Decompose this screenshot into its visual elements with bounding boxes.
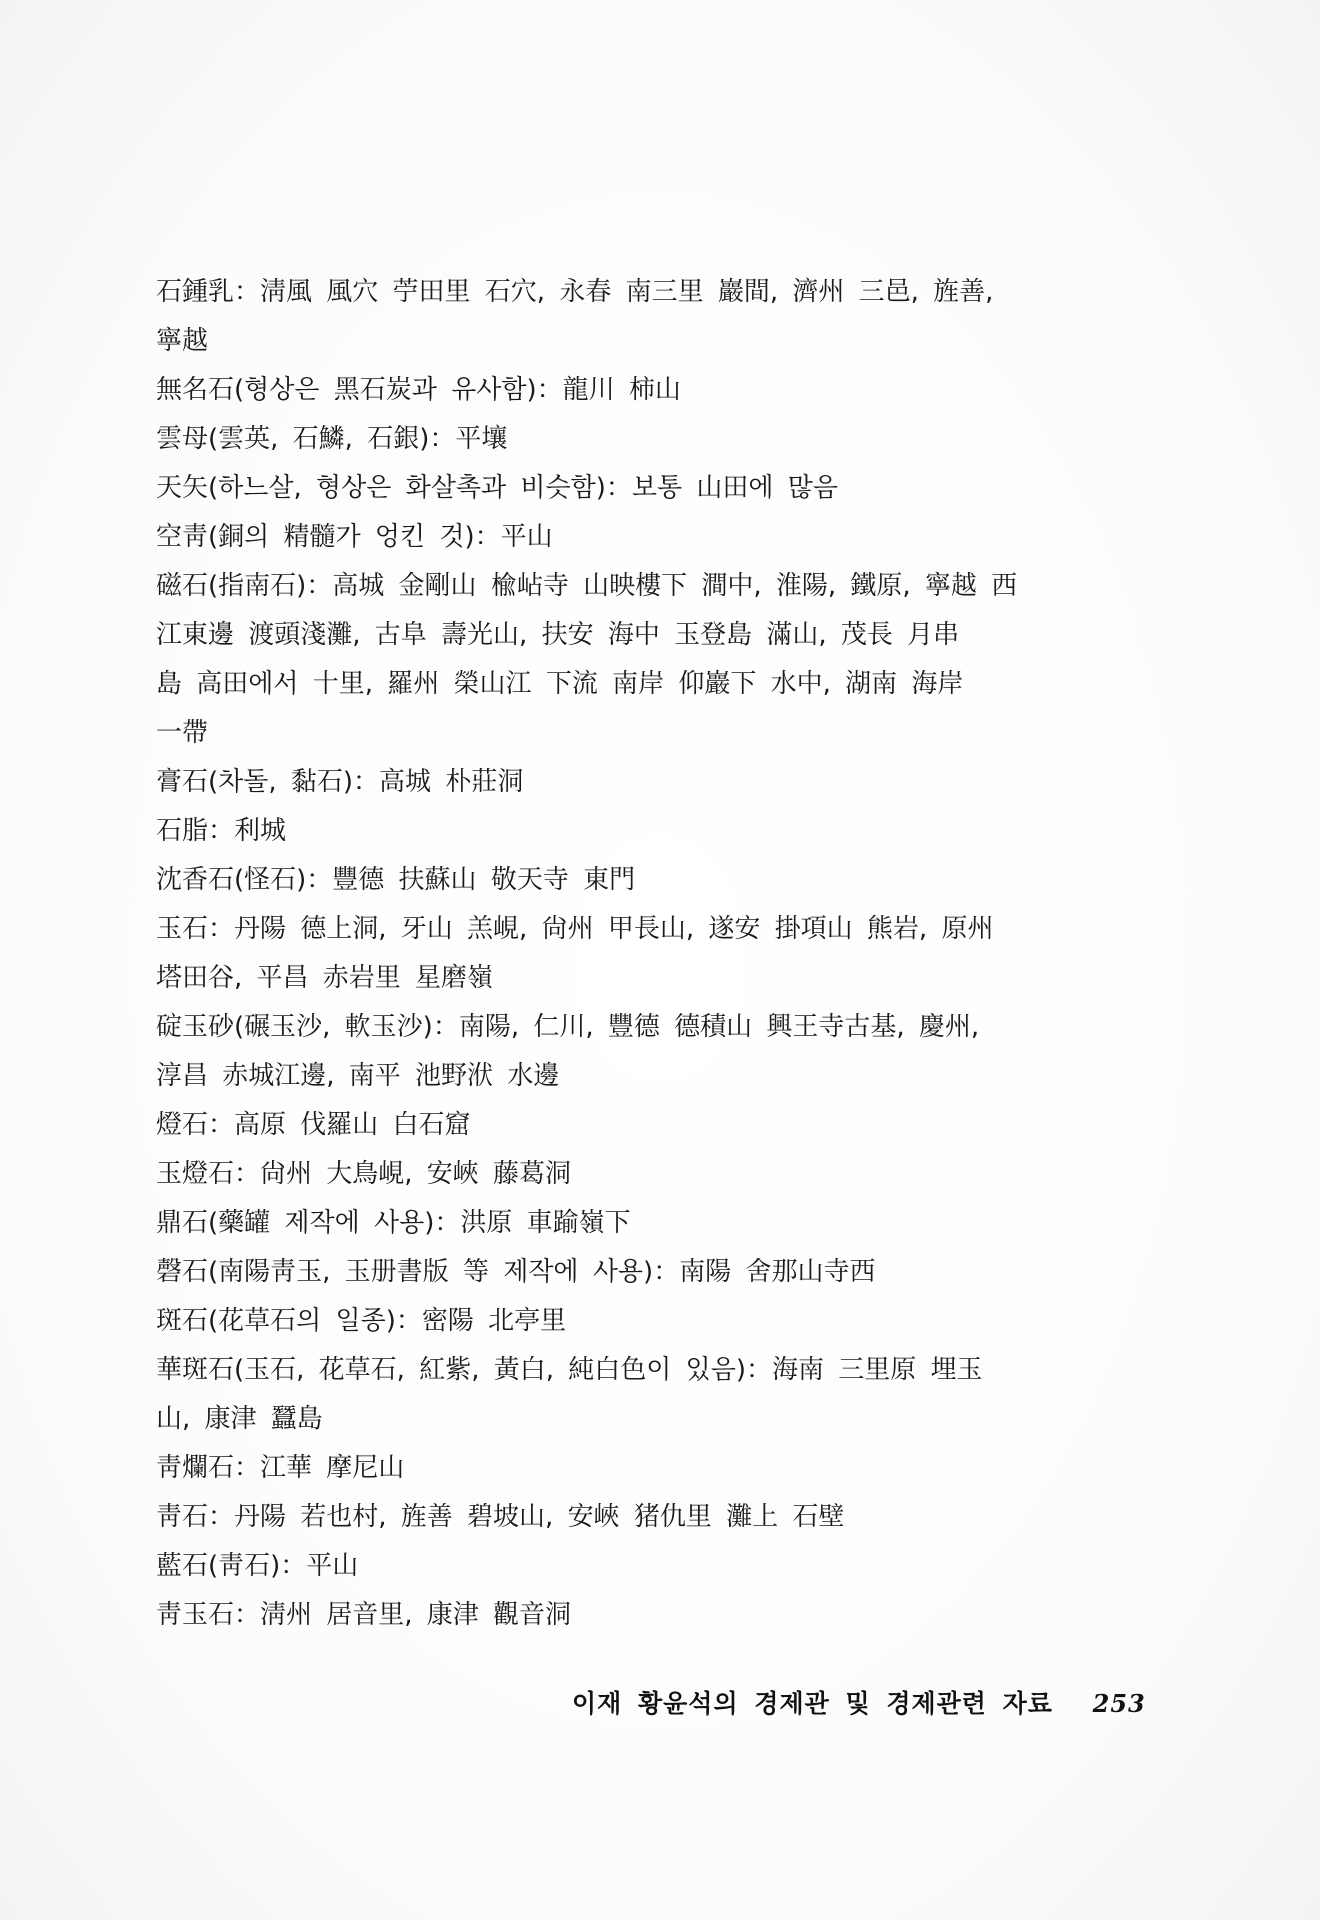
list-item-magnetite: 磁石(指南石)：高城 金剛山 楡岾寺 山映樓下 澗中, 淮陽, 鐵原, 寧越 西… [156, 562, 1121, 758]
list-item: 石脂：利城 [156, 807, 1121, 856]
entry-line: 石脂：利城 [216, 807, 1121, 856]
list-item: 靑玉石：淸州 居音里, 康津 觀音洞 [156, 1591, 1121, 1640]
list-item: 玉燈石：尙州 大鳥峴, 安峽 藤葛洞 [156, 1150, 1121, 1199]
entry-line: 碇玉砂(碾玉沙, 軟玉沙)：南陽, 仁川, 豐德 德積山 興王寺古基, 慶州, [216, 1003, 1121, 1052]
list-item: 斑石(花草石의 일종)：密陽 北亭里 [156, 1297, 1121, 1346]
mineral-list: 石鍾乳：淸風 風穴 苧田里 石穴, 永春 南三里 巖間, 濟州 三邑, 旌善, … [156, 268, 1121, 1640]
entry-line: 華斑石(玉石, 花草石, 紅紫, 黃白, 純白色이 있음)：海南 三里原 埋玉 [216, 1346, 1121, 1395]
entry-line: 島 高田에서 十里, 羅州 榮山江 下流 南岸 仰巖下 水中, 湖南 海岸 [216, 660, 1121, 709]
entry-line: 斑石(花草石의 일종)：密陽 北亭里 [216, 1297, 1121, 1346]
list-item: 磬石(南陽靑玉, 玉册書版 等 제작에 사용)：南陽 舍那山寺西 [156, 1248, 1121, 1297]
list-item: 膏石(차돌, 黏石)：高城 朴莊洞 [156, 758, 1121, 807]
entry-line: 一帶 [216, 709, 1121, 758]
entry-line: 靑玉石：淸州 居音里, 康津 觀音洞 [216, 1591, 1121, 1640]
entry-line: 石鍾乳：淸風 風穴 苧田里 石穴, 永春 南三里 巖間, 濟州 三邑, 旌善, [216, 268, 1121, 317]
entry-line: 藍石(靑石)：平山 [216, 1542, 1121, 1591]
entry-line: 塔田谷, 平昌 赤岩里 星磨嶺 [216, 954, 1121, 1003]
entry-line: 雲母(雲英, 石鱗, 石銀)：平壤 [216, 415, 1121, 464]
entry-line: 江東邊 渡頭淺灘, 古阜 壽光山, 扶安 海中 玉登島 滿山, 茂長 月串 [216, 611, 1121, 660]
entry-line: 磬石(南陽靑玉, 玉册書版 等 제작에 사용)：南陽 舍那山寺西 [216, 1248, 1121, 1297]
list-item: 空靑(銅의 精髓가 엉킨 것)：平山 [156, 513, 1121, 562]
entry-line: 膏石(차돌, 黏石)：高城 朴莊洞 [216, 758, 1121, 807]
entry-line: 天矢(하느살, 형상은 화살촉과 비슷함)：보통 山田에 많음 [216, 464, 1121, 513]
list-item: 碇玉砂(碾玉沙, 軟玉沙)：南陽, 仁川, 豐德 德積山 興王寺古基, 慶州, … [156, 1003, 1121, 1101]
entry-line: 鼎石(藥罐 제작에 사용)：洪原 車踰嶺下 [216, 1199, 1121, 1248]
list-item: 鼎石(藥罐 제작에 사용)：洪原 車踰嶺下 [156, 1199, 1121, 1248]
entry-line: 磁石(指南石)：高城 金剛山 楡岾寺 山映樓下 澗中, 淮陽, 鐵原, 寧越 西 [216, 562, 1121, 611]
running-title: 이재 황윤석의 경제관 및 경제관련 자료 [572, 1689, 1053, 1718]
list-item: 沈香石(怪石)：豐德 扶蘇山 敬天寺 東門 [156, 856, 1121, 905]
page-footer: 이재 황윤석의 경제관 및 경제관련 자료 253 [572, 1684, 1092, 1720]
list-item: 燈石：高原 伐羅山 白石窟 [156, 1101, 1121, 1150]
entry-line: 玉燈石：尙州 大鳥峴, 安峽 藤葛洞 [216, 1150, 1121, 1199]
entry-line: 靑爛石：江華 摩尼山 [216, 1444, 1121, 1493]
list-item-stalactite: 石鍾乳：淸風 風穴 苧田里 石穴, 永春 南三里 巖間, 濟州 三邑, 旌善, … [156, 268, 1121, 366]
list-item: 靑石：丹陽 若也村, 旌善 碧坡山, 安峽 猪仇里 灘上 石壁 [156, 1493, 1121, 1542]
list-item: 藍石(靑石)：平山 [156, 1542, 1121, 1591]
entry-line: 空靑(銅의 精髓가 엉킨 것)：平山 [216, 513, 1121, 562]
entry-line: 淳昌 赤城江邊, 南平 池野洑 水邊 [216, 1052, 1121, 1101]
entry-line: 寧越 [216, 317, 1121, 366]
list-item: 天矢(하느살, 형상은 화살촉과 비슷함)：보통 山田에 많음 [156, 464, 1121, 513]
list-item: 雲母(雲英, 石鱗, 石銀)：平壤 [156, 415, 1121, 464]
document-page: 石鍾乳：淸風 風穴 苧田里 石穴, 永春 南三里 巖間, 濟州 三邑, 旌善, … [0, 0, 1320, 1920]
list-item-jade: 玉石：丹陽 德上洞, 牙山 羔峴, 尙州 甲長山, 遂安 掛項山 熊岩, 原州 … [156, 905, 1121, 1003]
page-number: 253 [1093, 1689, 1146, 1718]
entry-line: 燈石：高原 伐羅山 白石窟 [216, 1101, 1121, 1150]
entry-line: 山, 康津 蠶島 [216, 1395, 1121, 1444]
list-item: 靑爛石：江華 摩尼山 [156, 1444, 1121, 1493]
list-item: 華斑石(玉石, 花草石, 紅紫, 黃白, 純白色이 있음)：海南 三里原 埋玉 … [156, 1346, 1121, 1444]
list-item: 無名石(형상은 黑石炭과 유사함)：龍川 柿山 [156, 366, 1121, 415]
entry-line: 玉石：丹陽 德上洞, 牙山 羔峴, 尙州 甲長山, 遂安 掛項山 熊岩, 原州 [216, 905, 1121, 954]
entry-line: 靑石：丹陽 若也村, 旌善 碧坡山, 安峽 猪仇里 灘上 石壁 [216, 1493, 1121, 1542]
entry-line: 沈香石(怪石)：豐德 扶蘇山 敬天寺 東門 [216, 856, 1121, 905]
entry-line: 無名石(형상은 黑石炭과 유사함)：龍川 柿山 [216, 366, 1121, 415]
